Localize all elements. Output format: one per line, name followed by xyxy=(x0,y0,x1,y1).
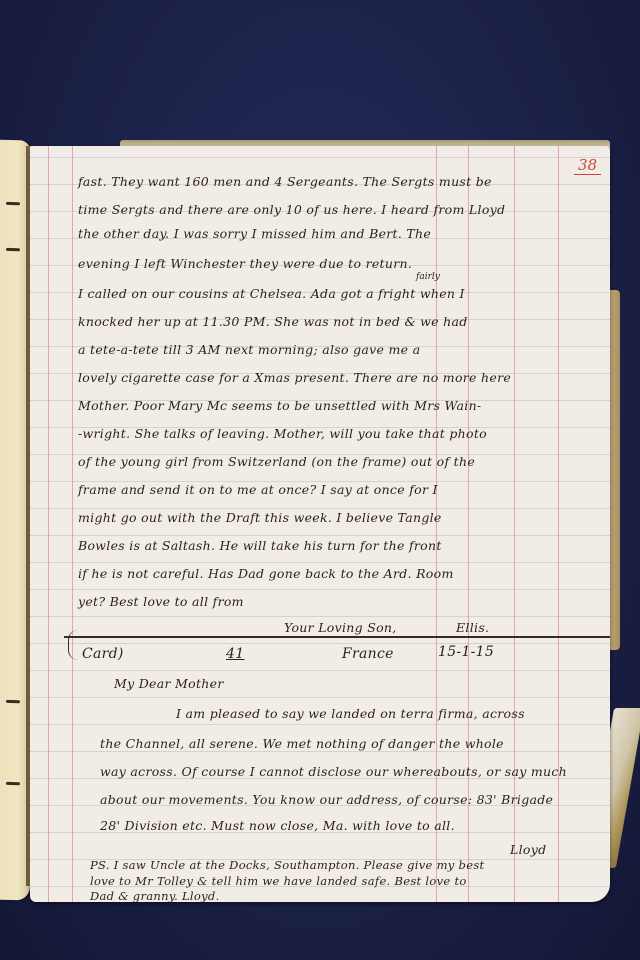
letter-line: I called on our cousins at Chelsea. Ada … xyxy=(78,286,465,301)
ink-mark xyxy=(6,202,20,205)
letter-number: 41 xyxy=(226,646,244,662)
insertion-text: fairly xyxy=(416,272,440,282)
letter-line: lovely cigarette case for a Xmas present… xyxy=(78,370,511,385)
letter-line: the Channel, all serene. We met nothing … xyxy=(100,736,504,751)
letter-line: yet? Best love to all from xyxy=(78,594,244,609)
letter-closing: Your Loving Son, xyxy=(284,620,397,635)
letter-line: I am pleased to say we landed on terra f… xyxy=(176,706,525,721)
column-rule xyxy=(558,146,559,902)
letter-signature: Ellis. xyxy=(456,620,489,635)
postscript-line: Dad & granny. Lloyd. xyxy=(90,889,220,902)
letter-line: the other day. I was sorry I missed him … xyxy=(78,226,431,241)
section-divider xyxy=(64,636,610,638)
letter-line: evening I left Winchester they were due … xyxy=(78,256,412,271)
bracket-mark xyxy=(68,630,79,660)
letter-line: a tete-a-tete till 3 AM next morning; al… xyxy=(78,342,420,357)
letter-line: way across. Of course I cannot disclose … xyxy=(100,764,567,779)
letter-line: Bowles is at Saltash. He will take his t… xyxy=(78,538,442,553)
letter-line: -wright. She talks of leaving. Mother, w… xyxy=(78,426,487,441)
margin-rule xyxy=(48,146,49,902)
letter-line: frame and send it on to me at once? I sa… xyxy=(78,482,438,497)
ink-mark xyxy=(6,700,20,703)
postscript-line: love to Mr Tolley & tell him we have lan… xyxy=(90,874,467,888)
letter-line: Mother. Poor Mary Mc seems to be unsettl… xyxy=(78,398,481,413)
letter-line: fast. They want 160 men and 4 Sergeants.… xyxy=(78,174,492,189)
notebook-page: 38 fast. They want 160 men and 4 Sergean… xyxy=(30,146,610,902)
page-number: 38 xyxy=(574,156,601,175)
ink-mark xyxy=(6,248,20,251)
column-rule xyxy=(468,146,469,902)
postscript-line: PS. I saw Uncle at the Docks, Southampto… xyxy=(90,858,484,872)
letter-date: 15-1-15 xyxy=(438,644,494,660)
letter-line: time Sergts and there are only 10 of us … xyxy=(78,202,505,217)
letter-place: France xyxy=(342,646,394,662)
letter-line: about our movements. You know our addres… xyxy=(100,792,553,807)
letter-line: 28' Division etc. Must now close, Ma. wi… xyxy=(100,818,455,833)
letter-line: if he is not careful. Has Dad gone back … xyxy=(78,566,454,581)
letter-line: of the young girl from Switzerland (on t… xyxy=(78,454,475,469)
letter-signature: Lloyd xyxy=(510,842,546,857)
margin-rule xyxy=(72,146,73,902)
column-rule xyxy=(514,146,515,902)
ink-mark xyxy=(6,782,20,785)
letter-line: might go out with the Draft this week. I… xyxy=(78,510,442,525)
card-label: Card) xyxy=(82,646,124,662)
salutation: My Dear Mother xyxy=(114,676,224,691)
letter-line: knocked her up at 11.30 PM. She was not … xyxy=(78,314,468,329)
